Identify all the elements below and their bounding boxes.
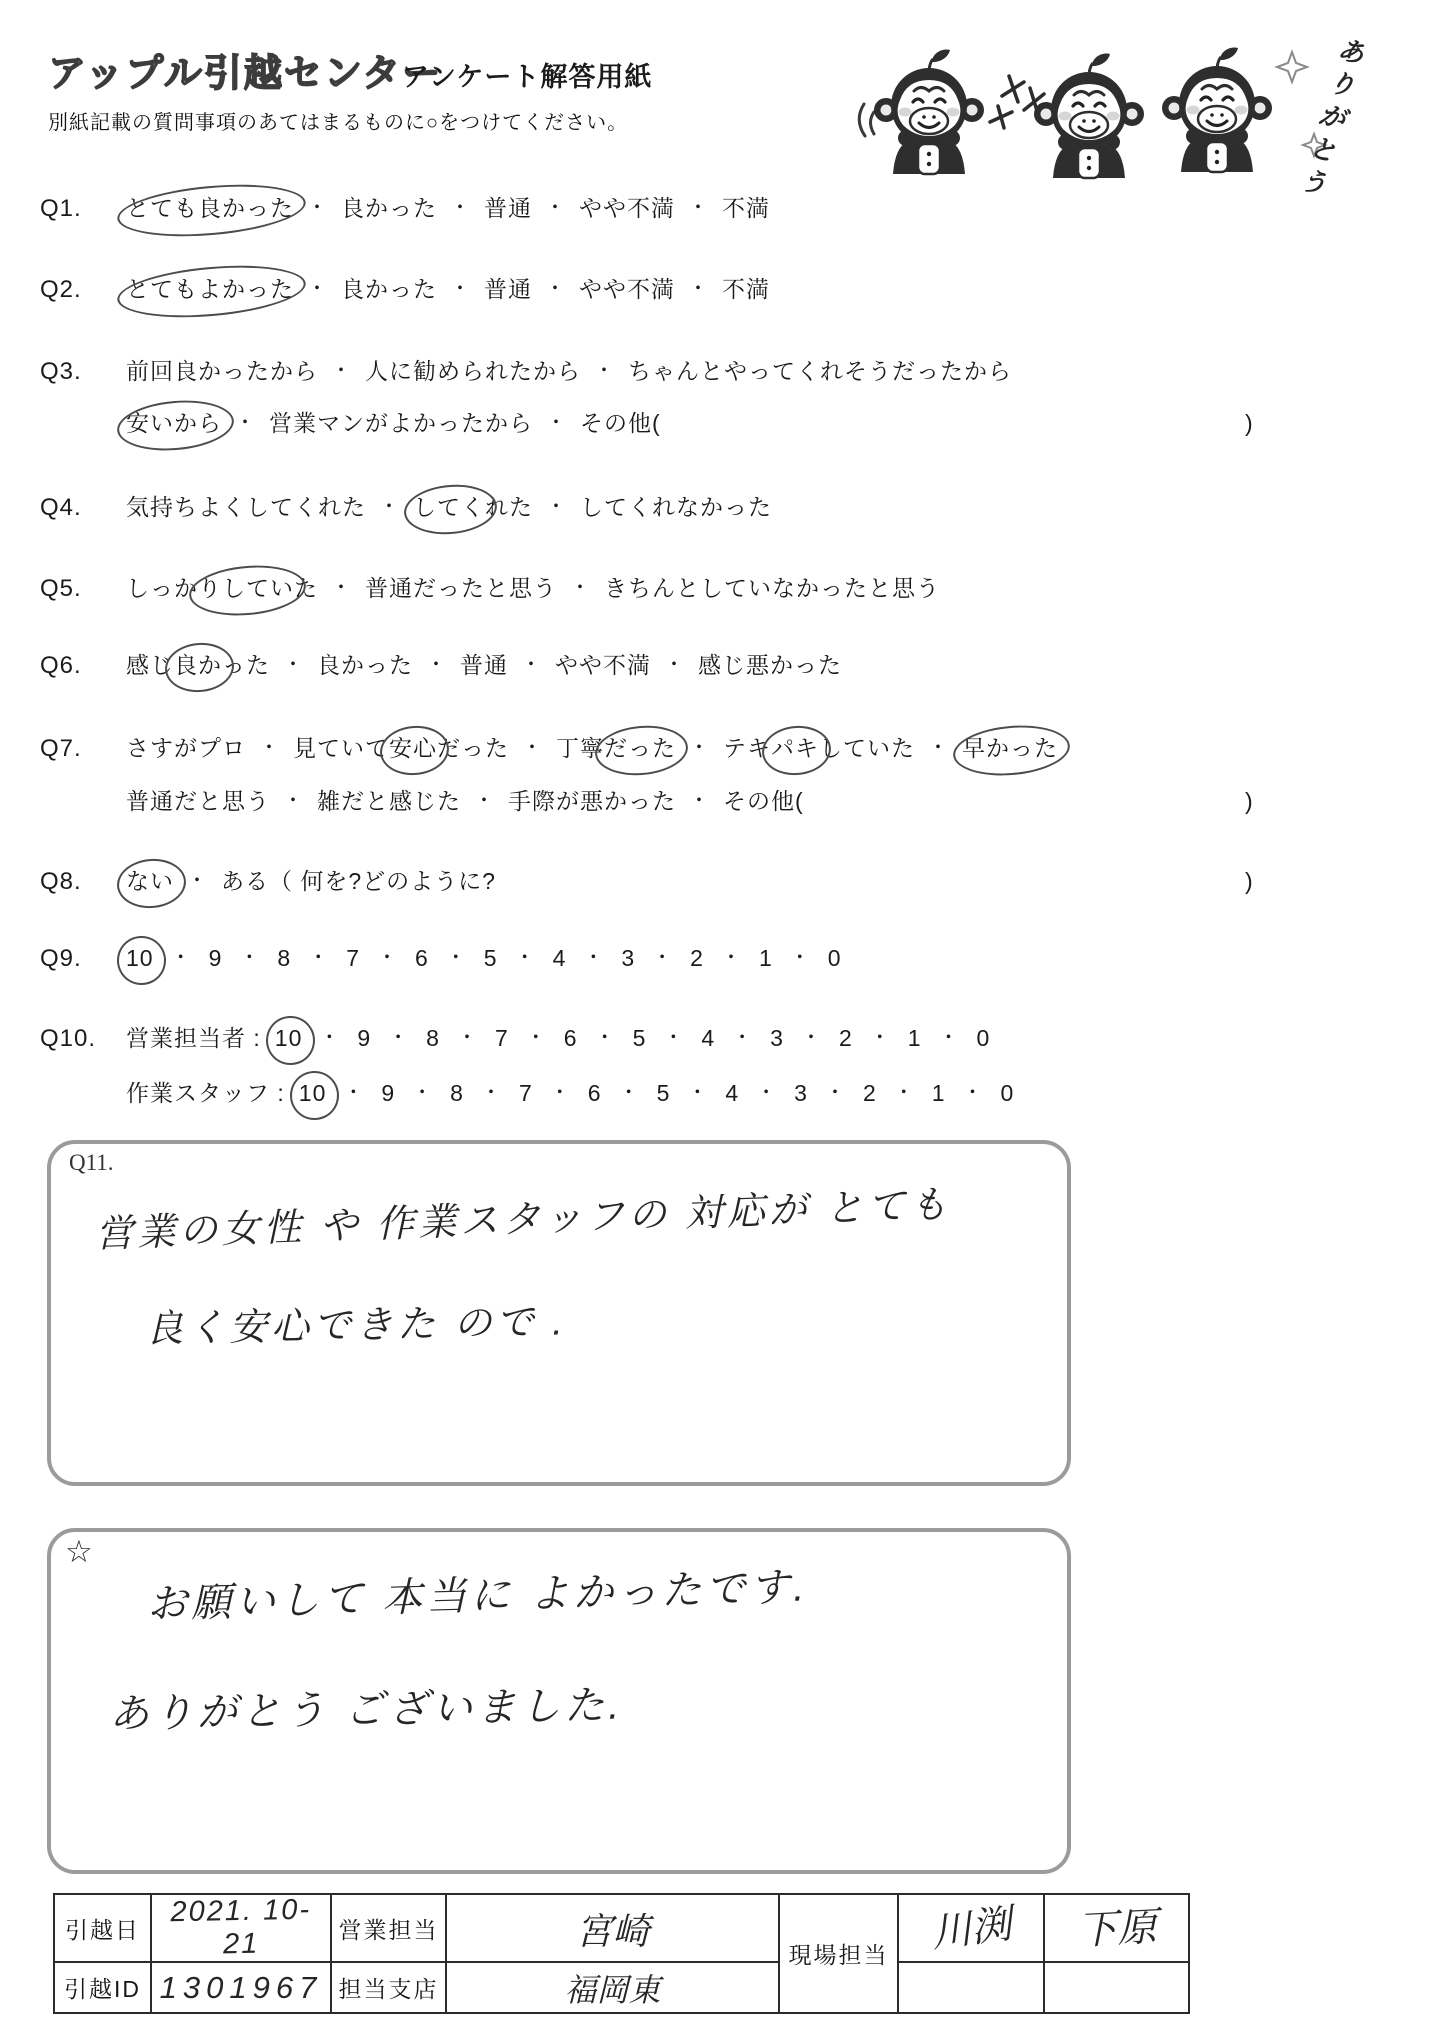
answer-option[interactable]: 10 [126, 943, 154, 974]
option-lead-label: 営業担当者 : [126, 1023, 261, 1054]
question-number: Q4. [40, 492, 126, 524]
motion-lines-icon [859, 104, 874, 136]
option-separator: ・ [259, 735, 280, 762]
answer-option[interactable]: 3 [621, 943, 635, 974]
option-separator: ・ [457, 1025, 478, 1052]
handwritten-circle: 10 [299, 1078, 327, 1109]
label-move-id: 引越ID [54, 1962, 151, 2013]
close-paren: ) [1245, 408, 1254, 439]
option-separator: ・ [689, 735, 710, 762]
answer-option[interactable]: 不満 [722, 274, 770, 305]
star-comment-box: ☆ お願いして 本当に よかったです. ありがとう ございました. [47, 1528, 1071, 1874]
option-separator: ・ [307, 195, 328, 222]
answer-option[interactable]: 普通 [484, 274, 532, 305]
handwritten-circle: 10 [275, 1023, 303, 1054]
option-separator: ・ [171, 945, 192, 972]
answer-option[interactable]: 7 [346, 943, 360, 974]
star-handwriting-line-1: お願いして 本当に よかったです. [146, 1555, 809, 1629]
answer-option[interactable]: 人に勧められたから [365, 356, 581, 387]
label-site-staff: 現場担当 [779, 1894, 898, 2013]
question-row-q7-cont: 普通だと思う・雑だと感じた・手際が悪かった・その他() [40, 786, 804, 817]
footer-info-table: 引越日 2021. 10-21 営業担当 宮崎 現場担当 川渕 下原 引越ID … [53, 1893, 1190, 2014]
option-separator: ・ [481, 1080, 502, 1107]
answer-option[interactable]: 5 [484, 943, 498, 974]
option-separator: ・ [870, 1025, 891, 1052]
option-lead-label: 作業スタッフ : [126, 1078, 285, 1109]
answer-option[interactable]: 早かった [962, 733, 1058, 764]
answer-option[interactable]: 6 [415, 943, 429, 974]
close-paren: ) [1245, 786, 1254, 817]
question-row-q2: Q2.とてもよかった・良かった・普通・やや不満・不満 [40, 274, 770, 306]
option-separator: ・ [688, 195, 709, 222]
answer-option[interactable]: やや不満 [555, 650, 651, 681]
option-separator: ・ [450, 195, 471, 222]
question-row-q7: Q7.さすがプロ・見ていて安心だった・丁寧だった・テキパキしていた・早かった [40, 733, 1058, 765]
handwritten-circle: パキ [771, 733, 819, 764]
star-icon: ☆ [65, 1534, 93, 1570]
answer-option[interactable]: 0 [1001, 1078, 1015, 1109]
question-row-q9: Q9.10・9・8・7・6・5・4・3・2・1・0 [40, 943, 842, 975]
option-separator: ・ [688, 276, 709, 303]
q11-handwriting-line-2: 良く安心できた ので . [145, 1290, 568, 1352]
answer-option[interactable]: 1 [932, 1078, 946, 1109]
answer-option[interactable]: 4 [701, 1023, 715, 1054]
site-staff-empty-2 [1044, 1962, 1189, 2013]
value-site-staff-2: 下原 [1044, 1894, 1189, 1962]
option-separator: ・ [732, 1025, 753, 1052]
answer-option[interactable]: 見ていて安心だった [293, 733, 509, 764]
option-separator: ・ [894, 1080, 915, 1107]
option-separator: ・ [515, 945, 536, 972]
option-separator: ・ [331, 575, 352, 602]
survey-sheet: アップル引越センター アンケート解答用紙 別紙記載の質問事項のあてはまるものに○… [0, 0, 1433, 2023]
answer-option[interactable]: 手際が悪かった [508, 786, 676, 817]
question-row-q1: Q1.とても良かった・良かった・普通・やや不満・不満 [40, 193, 770, 225]
close-paren: ) [1245, 866, 1254, 897]
answer-option[interactable]: その他( [723, 786, 804, 817]
option-separator: ・ [801, 1025, 822, 1052]
question-row-q10: Q10.営業担当者 :10・9・8・7・6・5・4・3・2・1・0 [40, 1023, 990, 1055]
answer-option[interactable]: さすがプロ [126, 733, 246, 764]
answer-option[interactable]: 前回良かったから [126, 356, 318, 387]
handwritten-circle: 良か [174, 650, 222, 681]
answer-option[interactable]: きちんとしていなかったと思う [604, 573, 940, 604]
answer-option[interactable]: 9 [381, 1078, 395, 1109]
option-separator: ・ [379, 494, 400, 521]
option-separator: ・ [546, 494, 567, 521]
option-separator: ・ [652, 945, 673, 972]
option-separator: ・ [522, 735, 543, 762]
brand-logo-text: アップル引越センター [48, 42, 442, 97]
answer-option[interactable]: 6 [588, 1078, 602, 1109]
option-separator: ・ [939, 1025, 960, 1052]
option-separator: ・ [235, 410, 256, 437]
question-number: Q1. [40, 193, 126, 225]
question-number: Q3. [40, 356, 126, 388]
answer-option[interactable]: 営業マンがよかったから [269, 408, 533, 439]
answer-option[interactable]: 雑だと感じた [317, 786, 461, 817]
answer-option[interactable]: 4 [725, 1078, 739, 1109]
option-separator: ・ [545, 195, 566, 222]
answer-option[interactable]: 10 [275, 1023, 303, 1054]
option-separator: ・ [426, 652, 447, 679]
monkey-mascot-icon-3 [1162, 48, 1272, 172]
answer-option[interactable]: 普通だったと思う [365, 573, 557, 604]
option-separator: ・ [721, 945, 742, 972]
monkey-mascot-icon-1 [874, 50, 984, 174]
q11-handwriting-line-1: 営業の女性 や 作業スタッフの 対応が とても [94, 1173, 952, 1258]
handwritten-circle: とてもよかった [126, 274, 294, 305]
value-branch: 福岡東 [446, 1962, 779, 2013]
answer-option[interactable]: ない [126, 866, 174, 897]
answer-option[interactable]: 普通だと思う [126, 786, 270, 817]
answer-option[interactable]: 普通 [484, 193, 532, 224]
answer-option[interactable]: 8 [426, 1023, 440, 1054]
question-row-q8: Q8.ない・ある（ 何を?どのように?) [40, 866, 496, 898]
question-row-q4: Q4.気持ちよくしてくれた・してくれた・してくれなかった [40, 492, 772, 524]
option-separator: ・ [388, 1025, 409, 1052]
label-sales-staff: 営業担当 [331, 1894, 446, 1962]
label-branch: 担当支店 [331, 1962, 446, 2013]
handwritten-circle: 早かった [962, 733, 1058, 764]
option-separator: ・ [550, 1080, 571, 1107]
answer-option[interactable]: 8 [277, 943, 291, 974]
answer-option[interactable]: 2 [690, 943, 704, 974]
option-separator: ・ [595, 1025, 616, 1052]
handwritten-circle: ない [126, 866, 174, 897]
option-separator: ・ [187, 868, 208, 895]
option-separator: ・ [239, 945, 260, 972]
answer-option[interactable]: ある（ 何を?どのように? [221, 866, 496, 897]
monkey-mascot-icon-2 [1034, 54, 1144, 178]
site-staff-name-1: 川渕 [928, 1892, 1014, 1958]
question-row-q3: Q3.前回良かったから・人に勧められたから・ちゃんとやってくれそうだったから [40, 356, 1012, 388]
answer-option[interactable]: 5 [633, 1023, 647, 1054]
answer-option[interactable]: 0 [977, 1023, 991, 1054]
question-row-q5: Q5.しっかりしていた・普通だったと思う・きちんとしていなかったと思う [40, 573, 940, 605]
option-separator: ・ [446, 945, 467, 972]
answer-option[interactable]: 3 [794, 1078, 808, 1109]
value-sales-staff: 宮崎 [446, 1894, 779, 1962]
answer-option[interactable]: 0 [828, 943, 842, 974]
q11-comment-box: Q11. 営業の女性 や 作業スタッフの 対応が とても 良く安心できた ので … [47, 1140, 1071, 1486]
option-separator: ・ [474, 788, 495, 815]
answer-option[interactable]: してくれなかった [580, 492, 772, 523]
option-separator: ・ [331, 358, 352, 385]
option-separator: ・ [307, 276, 328, 303]
answer-option[interactable]: 8 [450, 1078, 464, 1109]
option-separator: ・ [521, 652, 542, 679]
label-move-date: 引越日 [54, 1894, 151, 1962]
answer-option[interactable]: 丁寧だった [556, 733, 676, 764]
question-number: Q5. [40, 573, 126, 605]
answer-option[interactable]: 9 [209, 943, 223, 974]
answer-option[interactable]: やや不満 [579, 193, 675, 224]
option-separator: ・ [790, 945, 811, 972]
answer-option[interactable]: 10 [299, 1078, 327, 1109]
page-title: アンケート解答用紙 [402, 55, 652, 94]
option-separator: ・ [594, 358, 615, 385]
question-number: Q6. [40, 650, 126, 682]
answer-option[interactable]: 5 [657, 1078, 671, 1109]
handwritten-circle: 安心 [389, 733, 437, 764]
question-number: Q2. [40, 274, 126, 306]
answer-option[interactable]: してくれた [413, 492, 533, 523]
handwritten-circle: だった [604, 733, 676, 764]
question-row-q6: Q6.感じ良かった・良かった・普通・やや不満・感じ悪かった [40, 650, 842, 682]
option-separator: ・ [412, 1080, 433, 1107]
value-site-staff-1: 川渕 [898, 1894, 1044, 1962]
option-separator: ・ [308, 945, 329, 972]
answer-option[interactable]: 安いから [126, 408, 222, 439]
option-separator: ・ [928, 735, 949, 762]
answer-option[interactable]: 2 [863, 1078, 877, 1109]
option-separator: ・ [619, 1080, 640, 1107]
option-separator: ・ [343, 1080, 364, 1107]
answer-option[interactable]: 4 [553, 943, 567, 974]
handwritten-circle: 10 [126, 943, 154, 974]
answer-option[interactable]: 7 [519, 1078, 533, 1109]
option-separator: ・ [283, 652, 304, 679]
answer-option[interactable]: 不満 [722, 193, 770, 224]
answer-option[interactable]: とても良かった [126, 193, 294, 224]
option-separator: ・ [546, 410, 567, 437]
answer-option[interactable]: とてもよかった [126, 274, 294, 305]
option-separator: ・ [663, 1025, 684, 1052]
answer-option[interactable]: 2 [839, 1023, 853, 1054]
question-row-q10-cont: 作業スタッフ :10・9・8・7・6・5・4・3・2・1・0 [40, 1078, 1014, 1109]
answer-option[interactable]: 感じ良かった [126, 650, 270, 681]
answer-option[interactable]: 7 [495, 1023, 509, 1054]
answer-option[interactable]: 良かった [317, 650, 413, 681]
option-separator: ・ [583, 945, 604, 972]
option-separator: ・ [319, 1025, 340, 1052]
handwritten-circle: してく [413, 492, 485, 523]
question-number: Q7. [40, 733, 126, 765]
answer-option[interactable]: 1 [759, 943, 773, 974]
answer-option[interactable]: 良かった [341, 193, 437, 224]
answer-option[interactable]: テキパキしていた [723, 733, 915, 764]
answer-option[interactable]: 1 [908, 1023, 922, 1054]
option-separator: ・ [526, 1025, 547, 1052]
handwritten-circle: とても良かった [126, 193, 294, 224]
answer-option[interactable]: 感じ悪かった [698, 650, 842, 681]
answer-option[interactable]: その他( [580, 408, 661, 439]
answer-option[interactable]: 良かった [341, 274, 437, 305]
answer-option[interactable]: 3 [770, 1023, 784, 1054]
answer-option[interactable]: 気持ちよくしてくれた [126, 492, 366, 523]
option-separator: ・ [450, 276, 471, 303]
value-move-date: 2021. 10-21 [150, 1892, 331, 1963]
question-row-q3-cont: 安いから・営業マンがよかったから・その他() [40, 408, 661, 439]
star-handwriting-line-2: ありがとう ございました. [109, 1674, 624, 1740]
question-number: Q9. [40, 943, 126, 975]
value-move-id: 1301967 [151, 1962, 331, 2013]
answer-option[interactable]: 6 [564, 1023, 578, 1054]
q11-label: Q11. [69, 1150, 114, 1176]
option-separator: ・ [545, 276, 566, 303]
answer-option[interactable]: しっかりしていた [126, 573, 318, 604]
answer-option[interactable]: やや不満 [579, 274, 675, 305]
instruction-text: 別紙記載の質問事項のあてはまるものに○をつけてください。 [48, 106, 628, 135]
option-separator: ・ [283, 788, 304, 815]
site-staff-empty-1 [898, 1962, 1044, 2013]
option-separator: ・ [664, 652, 685, 679]
site-staff-name-2: 下原 [1075, 1895, 1158, 1956]
answer-option[interactable]: 普通 [460, 650, 508, 681]
answer-option[interactable]: ちゃんとやってくれそうだったから [628, 356, 1012, 387]
option-separator: ・ [687, 1080, 708, 1107]
option-separator: ・ [570, 575, 591, 602]
option-separator: ・ [756, 1080, 777, 1107]
question-number: Q8. [40, 866, 126, 898]
handwritten-circle: 安いから [126, 408, 222, 439]
option-separator: ・ [689, 788, 710, 815]
option-separator: ・ [377, 945, 398, 972]
question-number: Q10. [40, 1023, 126, 1055]
answer-option[interactable]: 9 [357, 1023, 371, 1054]
handwritten-circle: りしてい [198, 573, 294, 604]
option-separator: ・ [963, 1080, 984, 1107]
option-separator: ・ [825, 1080, 846, 1107]
